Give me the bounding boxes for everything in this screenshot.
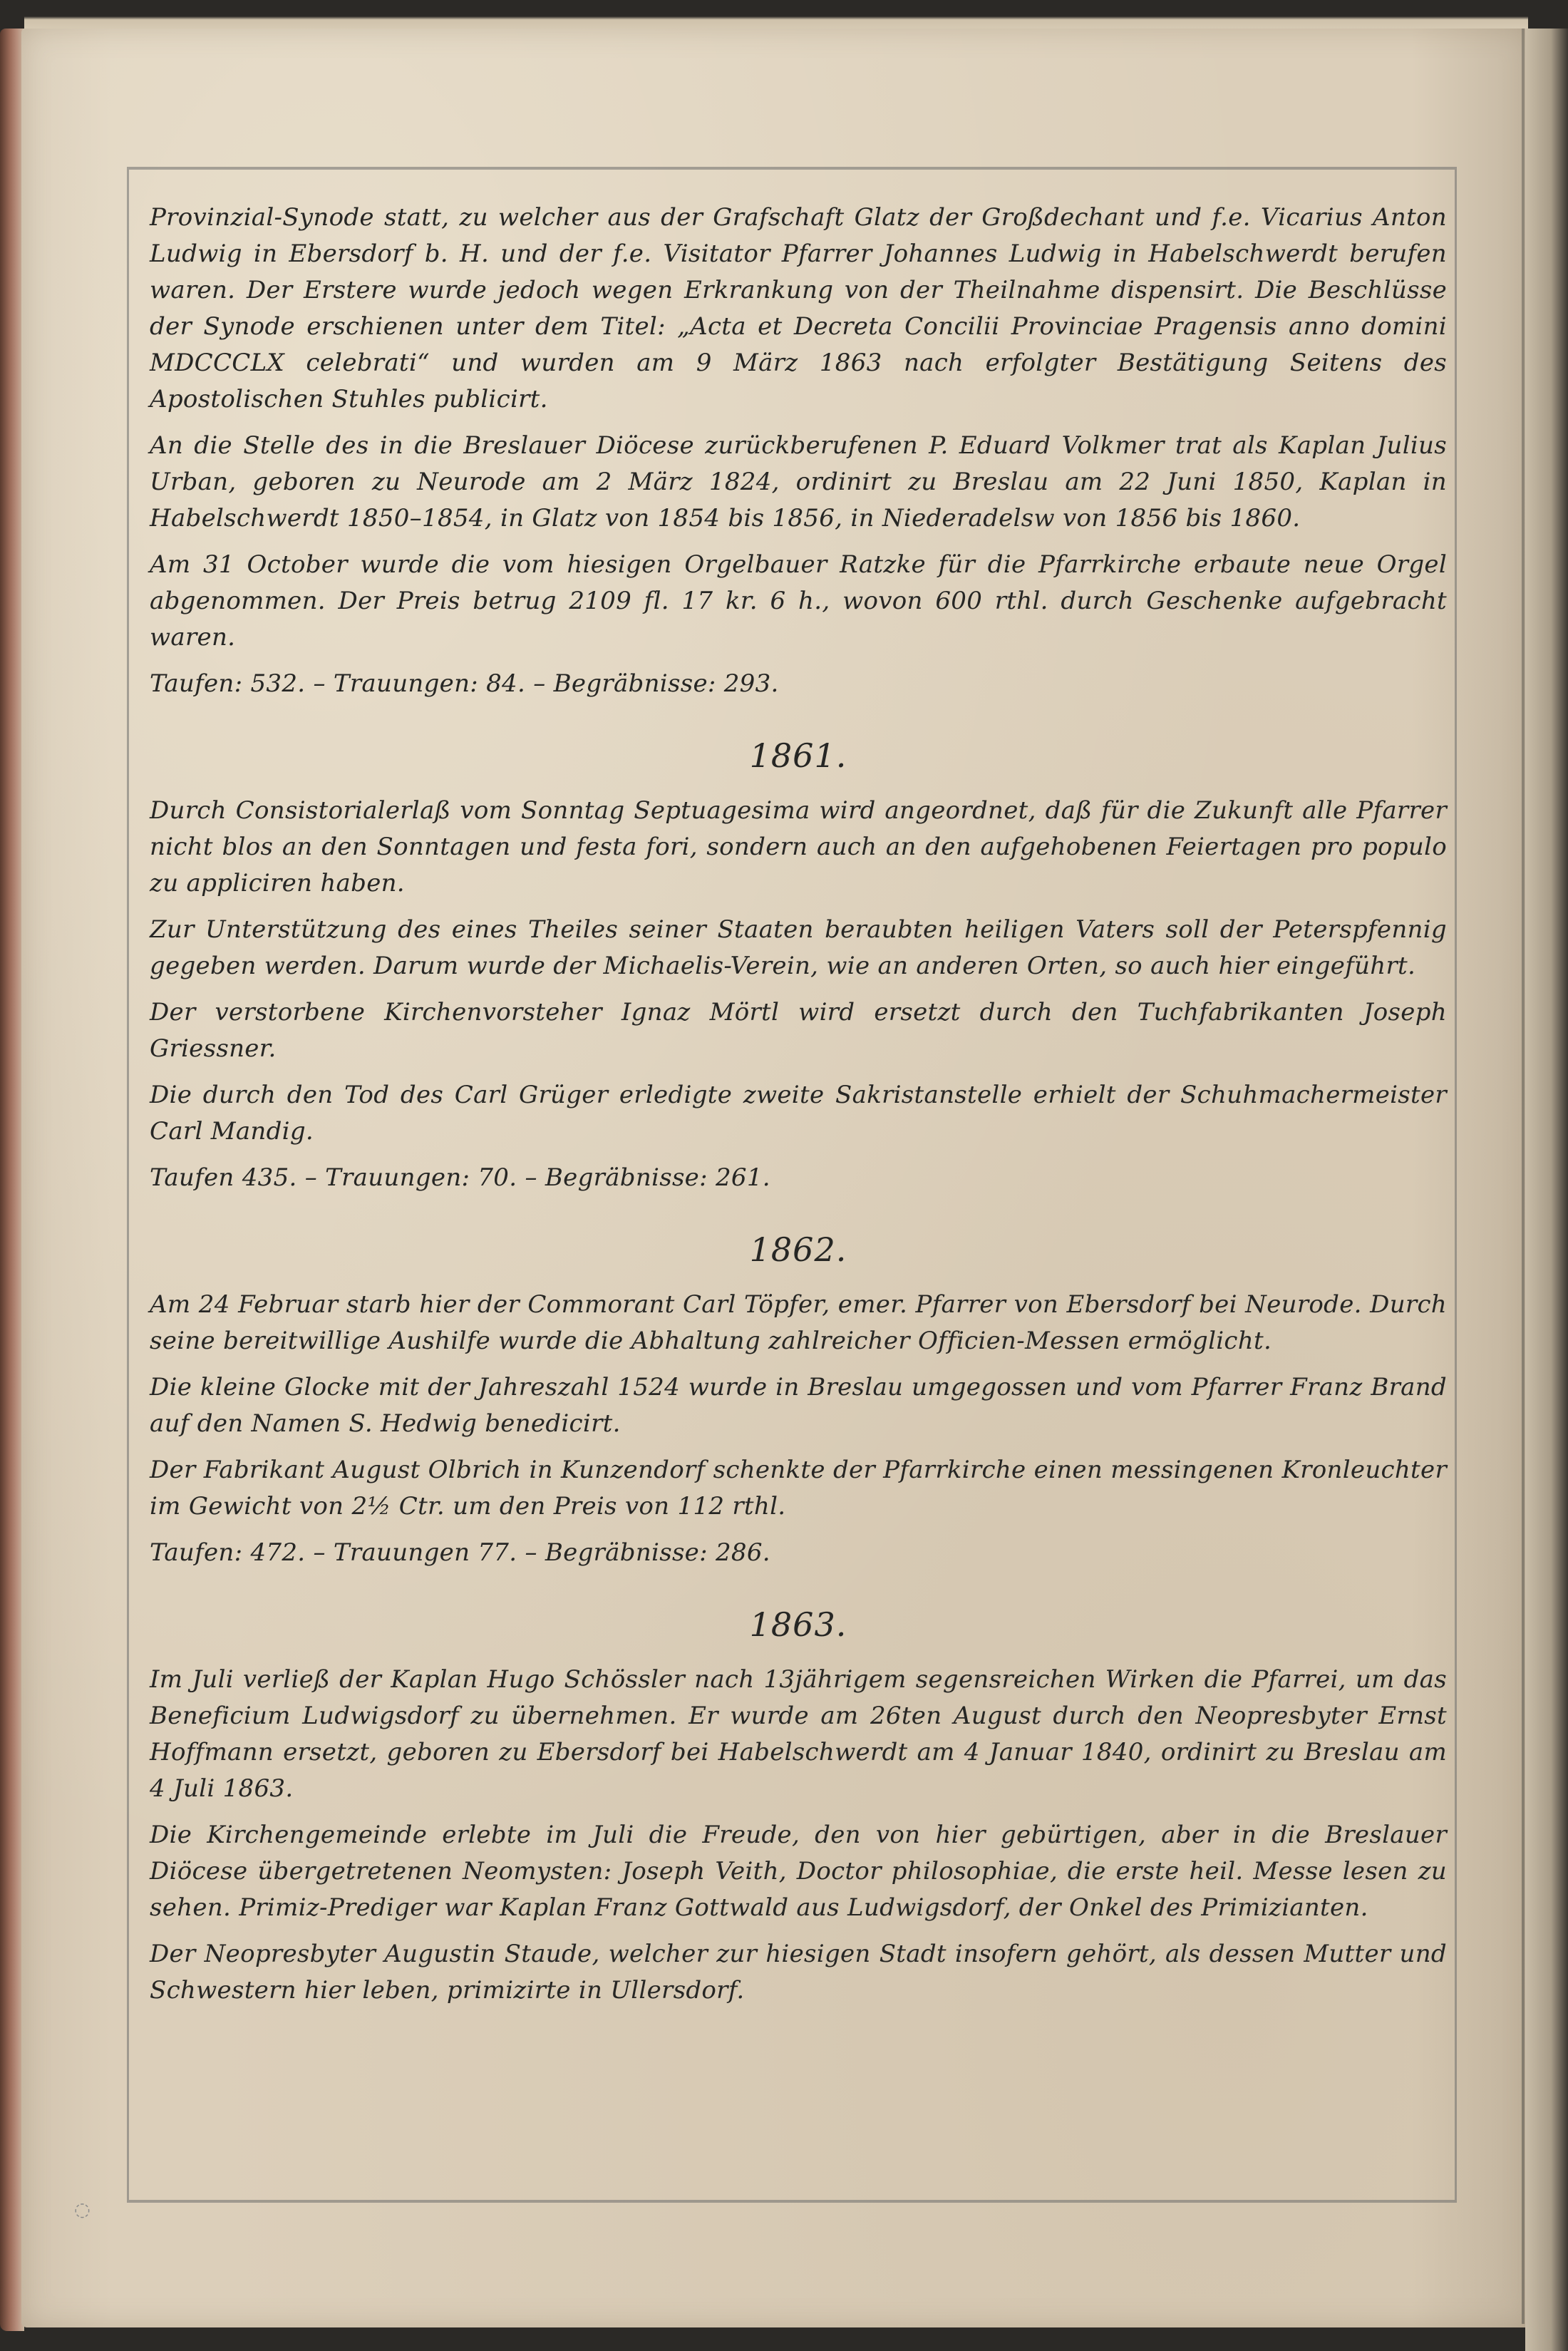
paragraph-chaplain-urban: An die Stelle des in die Breslauer Diöce… (150, 428, 1447, 537)
tally-1862: Taufen: 472. – Trauungen 77. – Begräbnis… (150, 1535, 1447, 1571)
paragraph-1861-consistorial: Durch Consistorialerlaß vom Sonntag Sept… (150, 793, 1447, 902)
paragraph-1862-kronleuchter: Der Fabrikant August Olbrich in Kunzendo… (150, 1452, 1447, 1525)
paragraph-1863-veith: Die Kirchengemeinde erlebte im Juli die … (150, 1817, 1447, 1926)
year-heading-1863: 1863. (150, 1607, 1447, 1643)
year-heading-1862: 1862. (150, 1232, 1447, 1268)
book-gutter-shadow (1525, 29, 1568, 2351)
paragraph-1861-peterspfennig: Zur Unterstützung des eines Theiles sein… (150, 912, 1447, 984)
paragraph-1862-glocke: Die kleine Glocke mit der Jahreszahl 152… (150, 1369, 1447, 1442)
year-heading-1861: 1861. (150, 738, 1447, 774)
paragraph-1863-staude: Der Neopresbyter Augustin Staude, welche… (150, 1936, 1447, 2009)
paragraph-organ: Am 31 October wurde die vom hiesigen Org… (150, 547, 1447, 656)
paragraph-synod: Provinzial-Synode statt, zu welcher aus … (150, 200, 1447, 418)
pencil-margin-mark: ◌ (74, 2199, 96, 2228)
gutter-crease-line (1522, 29, 1525, 2324)
tally-1860: Taufen: 532. – Trauungen: 84. – Begräbni… (150, 666, 1447, 702)
paragraph-1861-sakristan: Die durch den Tod des Carl Grüger erledi… (150, 1077, 1447, 1150)
paragraph-1863-schoessler: Im Juli verließ der Kaplan Hugo Schössle… (150, 1662, 1447, 1807)
paragraph-1862-toepfer: Am 24 Februar starb hier der Commorant C… (150, 1287, 1447, 1359)
tally-1861: Taufen 435. – Trauungen: 70. – Begräbnis… (150, 1160, 1447, 1196)
paragraph-1861-kirchenvorsteher: Der verstorbene Kirchenvorsteher Ignaz M… (150, 994, 1447, 1067)
book-left-page-edge (0, 29, 24, 2331)
handwritten-text-block: Provinzial-Synode statt, zu welcher aus … (150, 200, 1447, 2019)
